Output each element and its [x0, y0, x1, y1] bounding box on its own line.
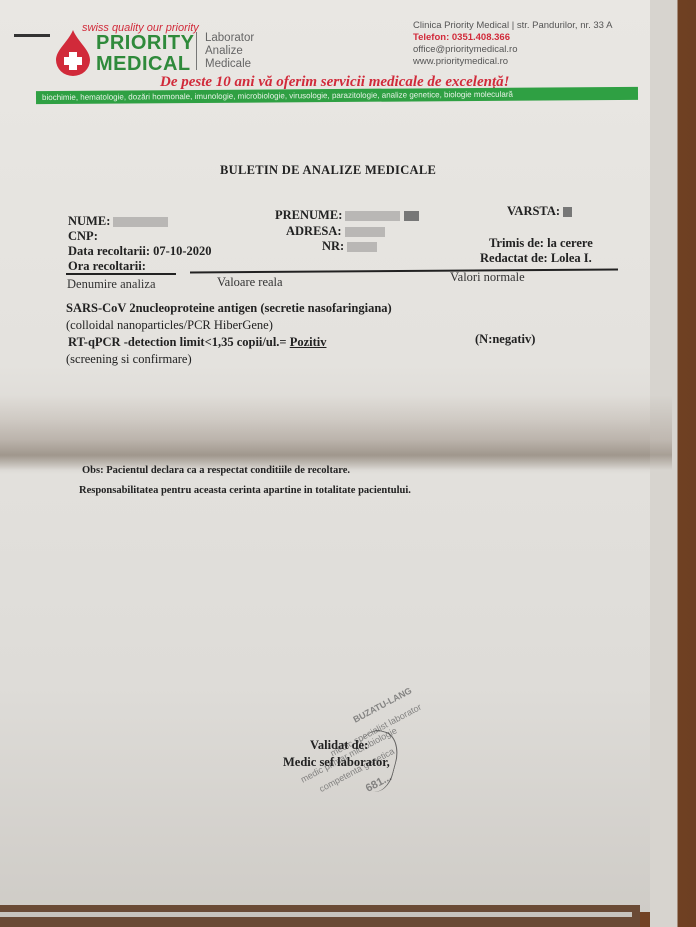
divider-left — [66, 273, 176, 275]
normal-value: (N:negativ) — [475, 332, 535, 347]
redacted-value — [345, 211, 400, 221]
analysis-note: (screening si confirmare) — [66, 352, 192, 367]
pen-mark — [14, 34, 50, 37]
validator-role: Medic sef laborator, — [283, 755, 390, 770]
analysis-result-line: RT-qPCR -detection limit<1,35 copii/ul.=… — [68, 335, 326, 350]
adresa-label: ADRESA: — [286, 224, 342, 238]
column-header-valoare: Valoare reala — [217, 275, 283, 290]
clinic-website: www.prioritymedical.ro — [413, 56, 612, 68]
data-value: 07-10-2020 — [153, 244, 211, 258]
lab-title: Laborator Analize Medicale — [205, 32, 254, 71]
redactat-label: Redactat de: — [480, 251, 548, 265]
brand-name-line1: PRIORITY — [96, 32, 194, 55]
trimis-value: la cerere — [547, 236, 593, 250]
clinic-contact: Clinica Priority Medical | str. Panduril… — [413, 20, 612, 68]
field-nume: NUME: — [68, 214, 168, 229]
lab-title-line: Analize — [205, 45, 254, 58]
redacted-value — [404, 211, 419, 221]
redactat-value: Lolea I. — [551, 251, 592, 265]
field-varsta: VARSTA: — [507, 204, 572, 219]
field-ora-recoltarii: Ora recoltarii: — [68, 259, 146, 274]
clinic-address: Clinica Priority Medical | str. Panduril… — [413, 20, 612, 32]
brand-divider — [196, 32, 197, 70]
redacted-value — [563, 207, 572, 217]
data-label: Data recoltarii: — [68, 244, 150, 258]
field-cnp: CNP: — [68, 229, 98, 244]
field-prenume: PRENUME: — [275, 208, 419, 223]
test-description: RT-qPCR -detection limit<1,35 copii/ul.= — [68, 335, 287, 349]
varsta-label: VARSTA: — [507, 204, 560, 218]
column-header-valori-normale: Valori normale — [450, 270, 525, 285]
column-header-denumire: Denumire analiza — [67, 277, 156, 292]
cnp-label: CNP: — [68, 229, 98, 243]
document-title: BULETIN DE ANALIZE MEDICALE — [220, 163, 436, 178]
analysis-name: SARS-CoV 2nucleoproteine antigen (secret… — [66, 301, 392, 316]
ora-label: Ora recoltarii: — [68, 259, 146, 273]
field-redactat: Redactat de: Lolea I. — [480, 251, 592, 266]
paper-bottom-edge — [0, 912, 632, 917]
validated-by-label: Validat de: — [310, 738, 368, 753]
clinic-phone: Telefon: 0351.408.366 — [413, 32, 612, 44]
field-adresa: ADRESA: — [286, 224, 385, 239]
field-trimis: Trimis de: la cerere — [489, 236, 593, 251]
brand-name-line2: MEDICAL — [96, 53, 191, 76]
prenume-label: PRENUME: — [275, 208, 342, 222]
field-data-recoltarii: Data recoltarii: 07-10-2020 — [68, 244, 211, 259]
analysis-method: (colloidal nanoparticles/PCR HiberGene) — [66, 318, 273, 333]
clinic-email: office@prioritymedical.ro — [413, 44, 612, 56]
blood-drop-cross-icon — [54, 30, 92, 76]
paper-fold — [0, 395, 672, 470]
redacted-value — [113, 217, 168, 227]
lab-title-line: Medicale — [205, 58, 254, 71]
observation: Obs: Pacientul declara ca a respectat co… — [82, 465, 350, 476]
result-value: Pozitiv — [290, 335, 327, 349]
responsibility-note: Responsabilitatea pentru aceasta cerinta… — [79, 485, 411, 496]
redacted-value — [347, 242, 377, 252]
lab-title-line: Laborator — [205, 32, 254, 45]
redacted-value — [345, 227, 385, 237]
field-nr: NR: — [322, 239, 377, 254]
nr-label: NR: — [322, 239, 344, 253]
trimis-label: Trimis de: — [489, 236, 544, 250]
nume-label: NUME: — [68, 214, 110, 228]
